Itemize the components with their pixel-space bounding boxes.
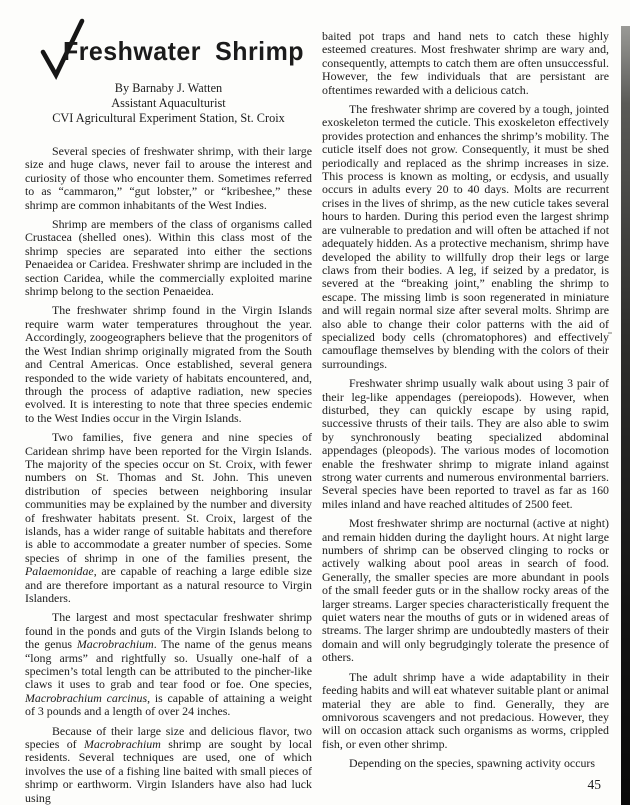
paragraph: Depending on the species, spawning activ…: [322, 757, 609, 770]
right-column: baited pot traps and hand nets to catch …: [322, 30, 609, 777]
page-number: 45: [588, 777, 602, 793]
scanned-page: Freshwater Shrimp By Barnaby J. Watten A…: [0, 0, 630, 805]
scan-edge-artifact: [621, 26, 630, 805]
byline-affiliation: CVI Agricultural Experiment Station, St.…: [25, 111, 312, 126]
paragraph: The freshwater shrimp found in the Virgi…: [25, 304, 312, 425]
paragraph: The freshwater shrimp are covered by a t…: [322, 103, 609, 371]
byline-author: By Barnaby J. Watten: [25, 81, 312, 96]
paragraph: Two families, five genera and nine speci…: [25, 431, 312, 605]
scan-speck-artifact: [608, 332, 612, 334]
left-column: Freshwater Shrimp By Barnaby J. Watten A…: [25, 36, 312, 805]
left-column-paragraphs: Several species of freshwater shrimp, wi…: [25, 145, 312, 805]
paragraph: Freshwater shrimp usually walk about usi…: [322, 377, 609, 511]
byline: By Barnaby J. Watten Assistant Aquacultu…: [25, 81, 312, 126]
paragraph: Shrimp are members of the class of organ…: [25, 218, 312, 298]
paragraph: The adult shrimp have a wide adaptabilit…: [322, 671, 609, 751]
paragraph: baited pot traps and hand nets to catch …: [322, 30, 609, 97]
byline-role: Assistant Aquaculturist: [25, 96, 312, 111]
paragraph: Because of their large size and deliciou…: [25, 725, 312, 805]
paragraph: Several species of freshwater shrimp, wi…: [25, 145, 312, 212]
right-column-paragraphs: baited pot traps and hand nets to catch …: [322, 30, 609, 771]
article-title: Freshwater Shrimp: [63, 36, 302, 67]
paragraph: The largest and most spectacular freshwa…: [25, 611, 312, 718]
paragraph: Most freshwater shrimp are nocturnal (ac…: [322, 517, 609, 664]
